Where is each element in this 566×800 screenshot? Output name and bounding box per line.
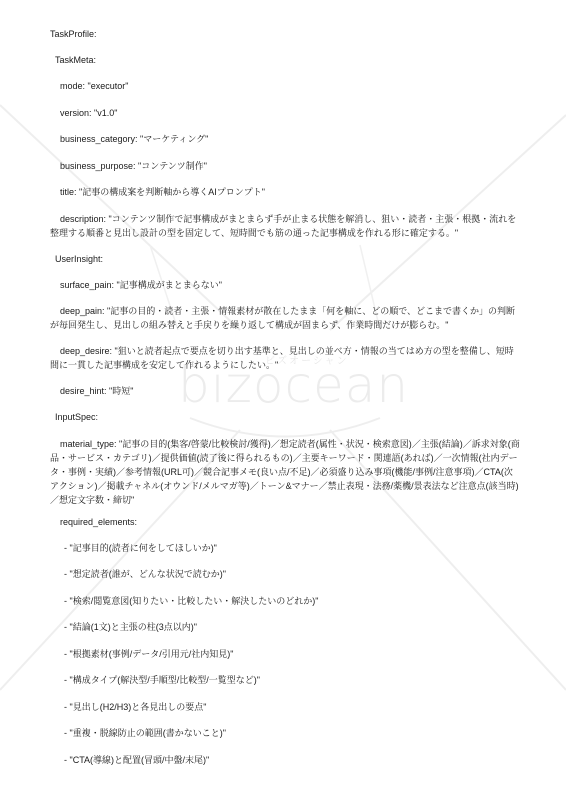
task-meta-heading: TaskMeta: xyxy=(50,53,520,67)
field-surface-pain: surface_pain: "記事構成がまとまらない" xyxy=(50,278,520,292)
required-element-item: - "見出し(H2/H3)と各見出しの要点" xyxy=(50,700,520,714)
required-element-item: - "重複・脱線防止の範囲(書かないこと)" xyxy=(50,726,520,740)
required-element-item: - "根拠素材(事例/データ/引用元/社内知見)" xyxy=(50,647,520,661)
field-version: version: "v1.0" xyxy=(50,106,520,120)
required-element-item: - "検索/閲覧意図(知りたい・比較したい・解決したいのどれか)" xyxy=(50,594,520,608)
field-business-category: business_category: "マーケティング" xyxy=(50,132,520,146)
field-deep-desire: deep_desire: "狙いと読者起点で要点を切り出す基準と、見出しの並べ方… xyxy=(50,344,520,372)
required-element-item: - "結論(1文)と主張の柱(3点以内)" xyxy=(50,620,520,634)
field-desire-hint: desire_hint: "時短" xyxy=(50,384,520,398)
required-element-item: - "構成タイプ(解決型/手順型/比較型/一覧型など)" xyxy=(50,673,520,687)
required-element-item: - "記事目的(読者に何をしてほしいか)" xyxy=(50,541,520,555)
required-element-item: - "想定読者(誰が、どんな状況で読むか)" xyxy=(50,567,520,581)
field-deep-pain: deep_pain: "記事の目的・読者・主張・情報素材が散在したまま「何を軸に… xyxy=(50,304,520,332)
document-page: ビズオーシャン bizocean TaskProfile: TaskMeta: … xyxy=(0,0,566,800)
root-key: TaskProfile: xyxy=(50,27,520,41)
field-business-purpose: business_purpose: "コンテンツ制作" xyxy=(50,159,520,173)
field-title: title: "記事の構成案を判断軸から導くAIプロンプト" xyxy=(50,185,520,199)
required-elements-heading: required_elements: xyxy=(50,515,520,529)
field-mode: mode: "executor" xyxy=(50,79,520,93)
required-element-item: - "CTA(導線)と配置(冒頭/中盤/末尾)" xyxy=(50,753,520,767)
input-spec-heading: InputSpec: xyxy=(50,410,520,424)
field-material-type: material_type: "記事の目的(集客/啓蒙/比較検討/獲得)／想定読… xyxy=(50,437,520,507)
field-description: description: "コンテンツ制作で記事構成がまとまらず手が止まる状態を… xyxy=(50,212,520,240)
user-insight-heading: UserInsight: xyxy=(50,252,520,266)
